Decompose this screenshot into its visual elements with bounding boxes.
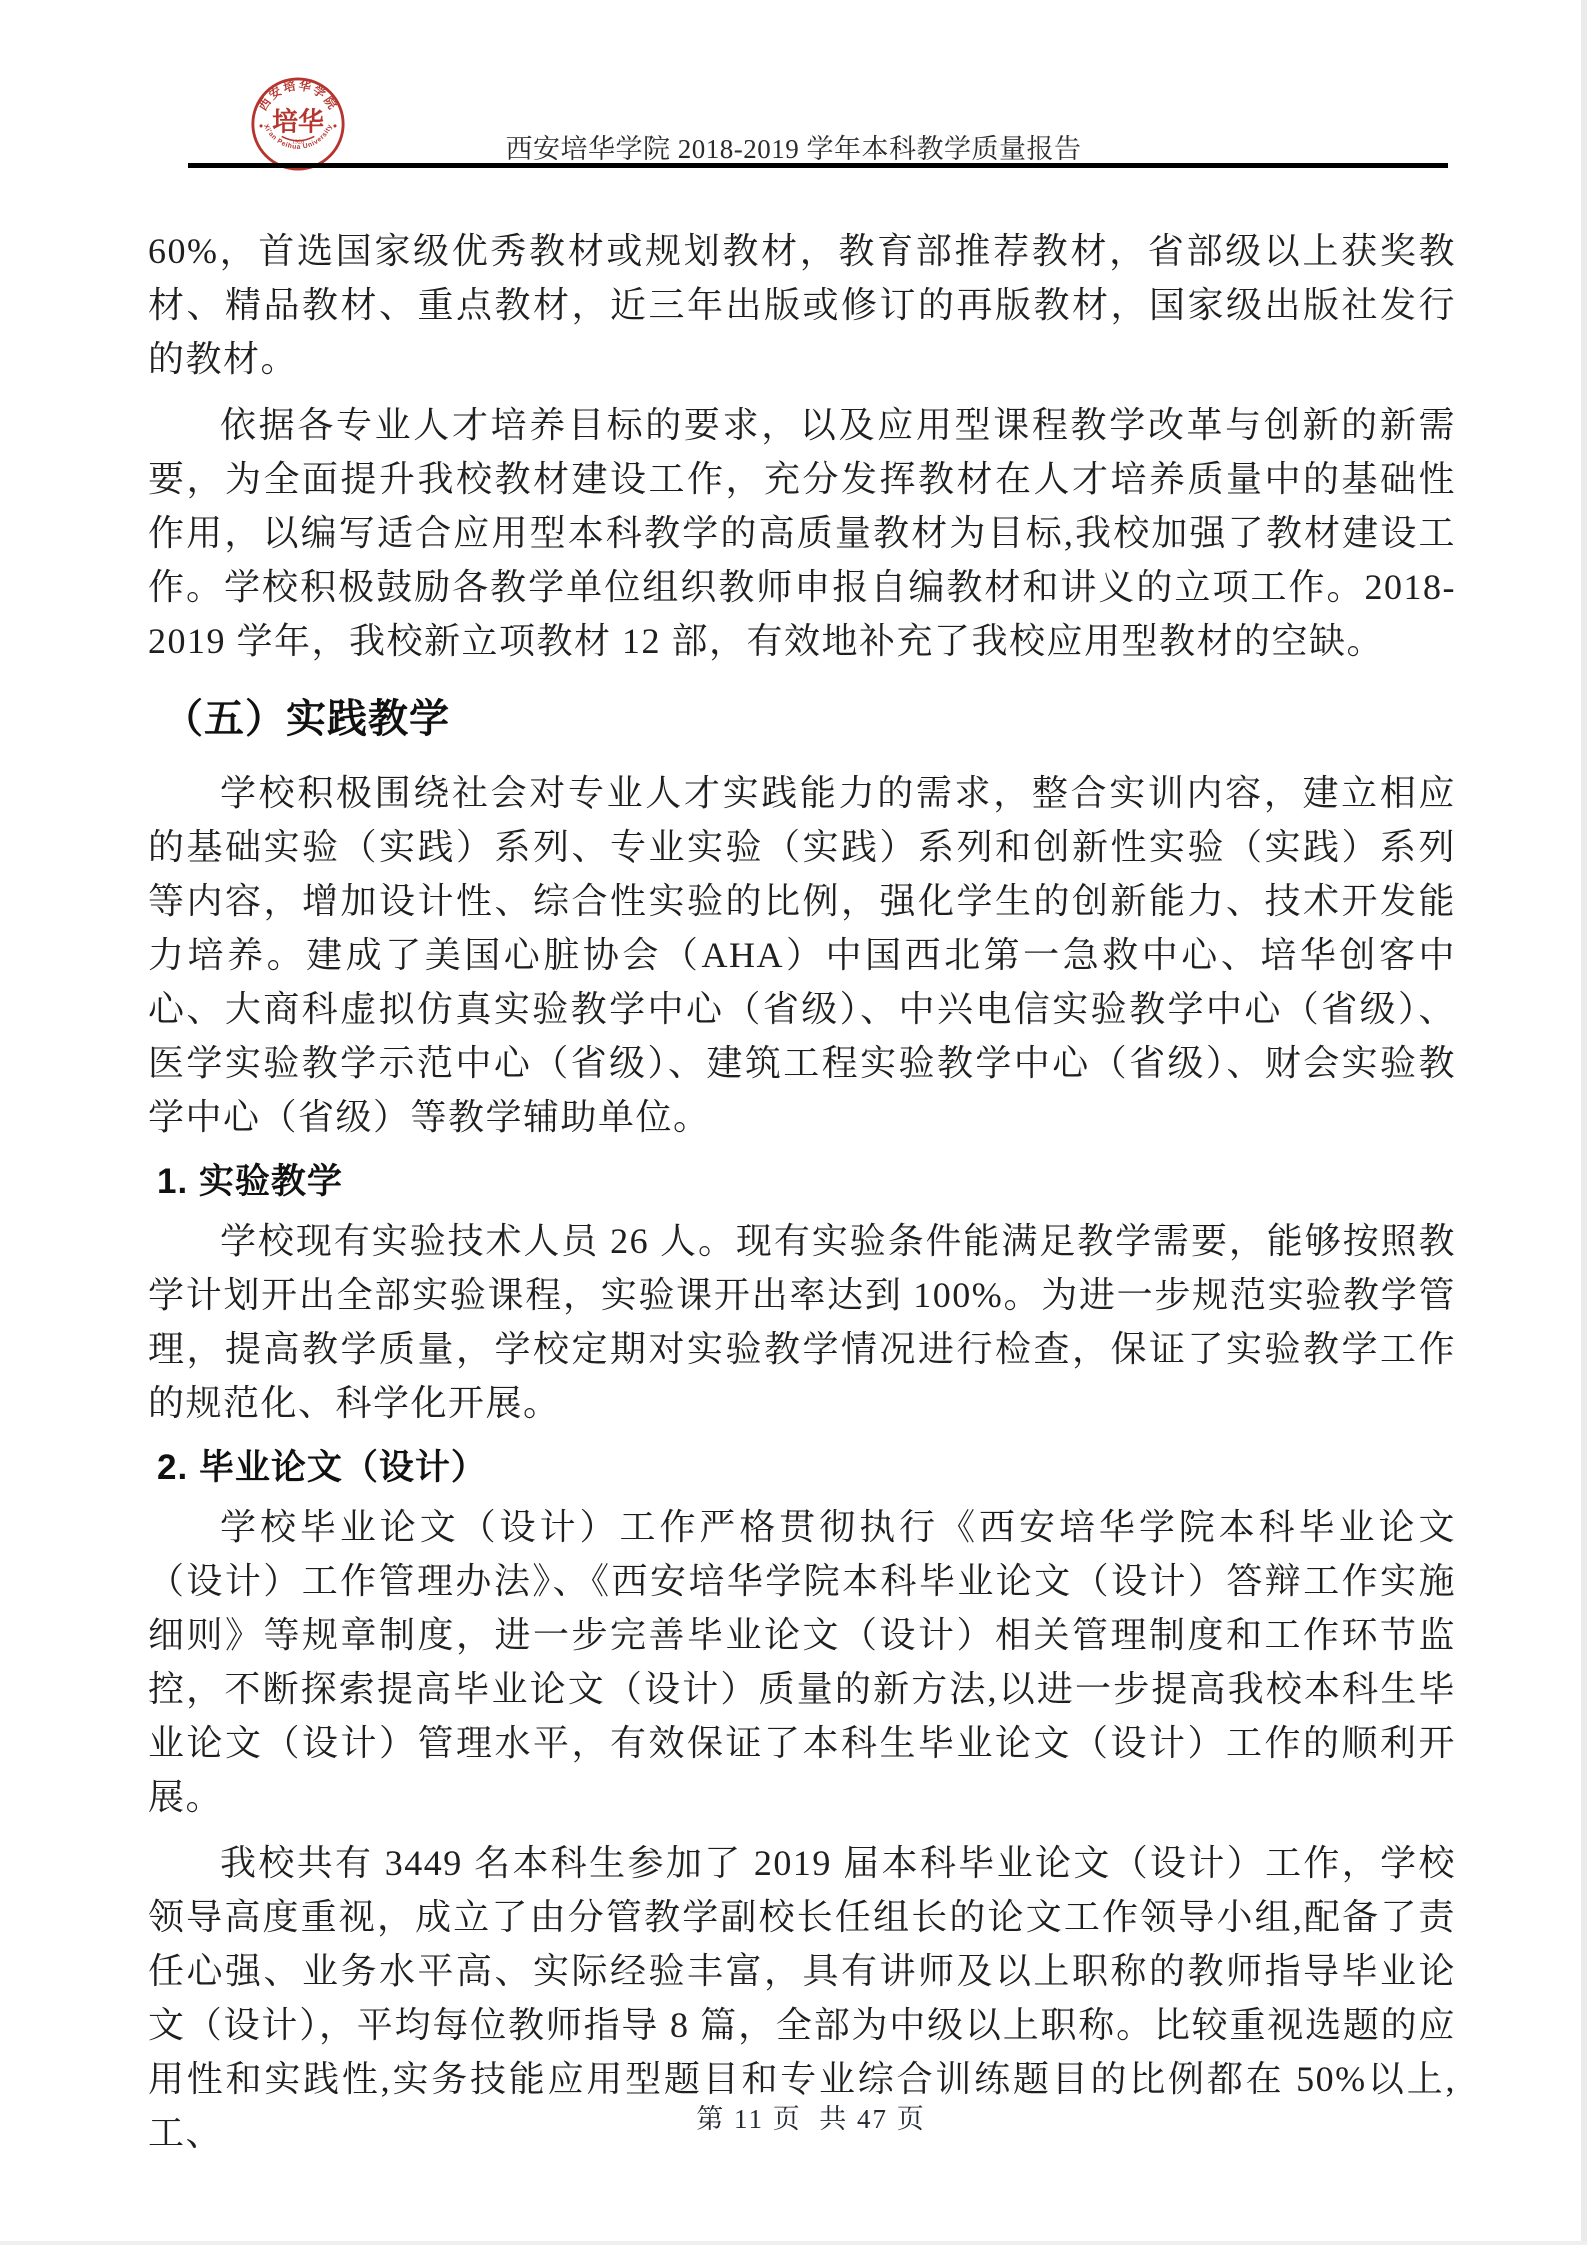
paragraph-textbook-criteria: 60%，首选国家级优秀教材或规划教材，教育部推荐教材，省部级以上获奖教材、精品教… [148,224,1456,386]
paragraph-textbook-construction: 依据各专业人才培养目标的要求，以及应用型课程教学改革与创新的新需要，为全面提升我… [148,398,1456,668]
header-rule [188,163,1448,168]
page-number-label: 第 11 页 共 47 页 [696,2104,926,2134]
paragraph-experiment-teaching: 学校现有实验技术人员 26 人。现有实验条件能满足教学需要，能够按照教学计划开出… [148,1214,1456,1430]
paragraph-practical-teaching-centers: 学校积极围绕社会对专业人才实践能力的需求，整合实训内容，建立相应的基础实验（实践… [148,766,1456,1144]
paragraph-thesis-regulations: 学校毕业论文（设计）工作严格贯彻执行《西安培华学院本科毕业论文（设计）工作管理办… [148,1500,1456,1824]
page-footer: 第 11 页 共 47 页 [0,2066,1587,2167]
document-page: 西安培华学院 培华 1928 Xi'an Peihua University 西… [0,0,1587,2245]
report-header-title: 西安培华学院 2018-2019 学年本科教学质量报告 [0,127,1587,166]
page-edge-bottom [0,2241,1587,2245]
subheading-experiment-teaching: 1. 实验教学 [148,1160,1456,1204]
subheading-graduation-thesis: 2. 毕业论文（设计） [148,1446,1456,1490]
document-body: 60%，首选国家级优秀教材或规划教材，教育部推荐教材，省部级以上获奖教材、精品教… [148,224,1456,2172]
page-edge-right [1581,0,1587,2245]
section-heading-practical-teaching: （五）实践教学 [148,694,1456,744]
